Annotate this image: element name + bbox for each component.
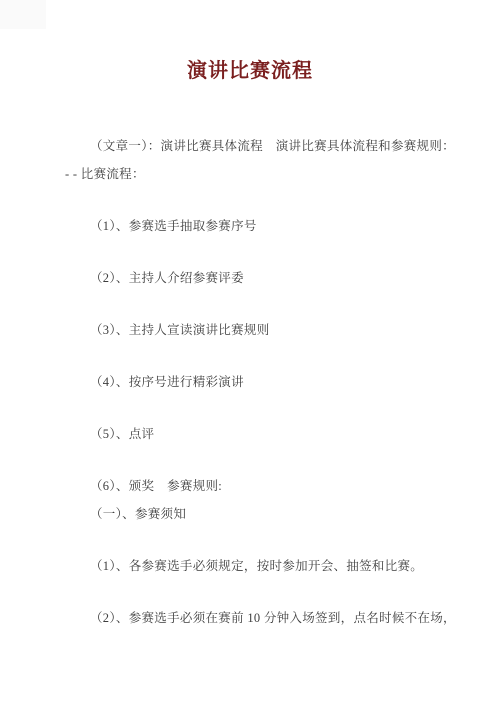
flow-step-1: （1）、参赛选手抽取参赛序号: [65, 212, 445, 240]
flow-step-2: （2）、主持人介绍参赛评委: [65, 264, 445, 292]
document-body: （文章一）：演讲比赛具体流程 演讲比赛具体流程和参赛规则： - - 比赛流程： …: [65, 132, 445, 632]
flow-step-5: （5）、点评: [65, 420, 445, 448]
rule-item-2: （2）、参赛选手必须在赛前 10 分钟入场签到，点名时候不在场，: [65, 604, 445, 632]
document-title: 演讲比赛流程: [0, 58, 500, 84]
paragraph-flow-label: - - 比赛流程：: [65, 160, 445, 188]
scan-artifact: [0, 0, 46, 29]
document-page: 演讲比赛流程 （文章一）：演讲比赛具体流程 演讲比赛具体流程和参赛规则： - -…: [0, 0, 500, 708]
rules-section-heading: （一）、参赛须知: [65, 500, 445, 528]
paragraph-article-heading: （文章一）：演讲比赛具体流程 演讲比赛具体流程和参赛规则：: [65, 132, 445, 160]
flow-step-6-rules-heading: （6）、颁奖 参赛规则:: [65, 472, 445, 500]
flow-step-3: （3）、主持人宣读演讲比赛规则: [65, 316, 445, 344]
flow-step-4: （4）、按序号进行精彩演讲: [65, 368, 445, 396]
rule-item-1: （1）、各参赛选手必须规定，按时参加开会、抽签和比赛。: [65, 552, 445, 580]
